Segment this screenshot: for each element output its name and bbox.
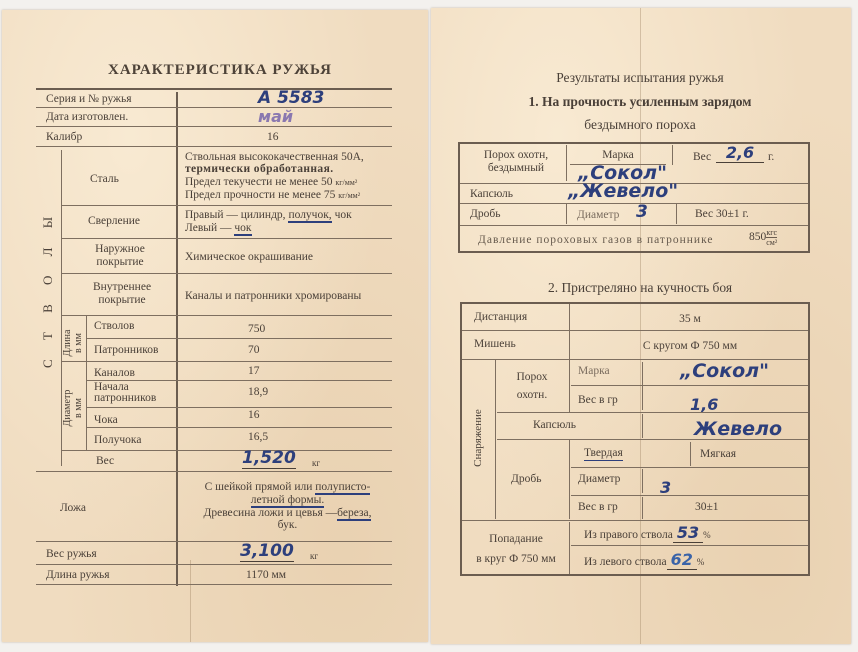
s2-shot-hard-option: Твердая xyxy=(584,447,623,461)
diameter-choke-label: Чока xyxy=(94,414,118,427)
caliber-label: Калибр xyxy=(46,131,82,144)
s2-shot-soft-option: Мягкая xyxy=(700,448,736,461)
outer-coating-label: Наружноепокрытие xyxy=(80,243,160,269)
steel-line-2: термически обработанная. xyxy=(185,163,333,176)
divider xyxy=(36,564,392,565)
section-1-title-line-2: бездымного пороха xyxy=(470,117,810,133)
diameter-chamber-start-value: 18,9 xyxy=(248,386,268,399)
diameter-bore-value: 17 xyxy=(248,365,260,378)
diameter-group-label: Диаметрв мм xyxy=(62,365,84,451)
divider xyxy=(497,412,808,413)
steel-line-3: Предел текучести не менее 50 кг/мм² xyxy=(185,176,357,189)
divider xyxy=(462,520,808,521)
s2-shot-weight-label: Вес в гр xyxy=(578,501,618,514)
table-border xyxy=(458,142,460,252)
shot-label: Дробь xyxy=(470,208,500,221)
length-chambers-label: Патронников xyxy=(94,344,158,357)
barrel-weight-value: 1,520 xyxy=(242,448,296,469)
page-fold xyxy=(190,560,191,642)
primer-value: „Жевело" xyxy=(568,180,678,202)
divider xyxy=(460,203,808,204)
s2-shot-weight-value: 30±1 xyxy=(695,501,719,514)
distance-label: Дистанция xyxy=(474,311,527,324)
powder-weight-unit: г. xyxy=(768,151,774,164)
column-divider xyxy=(566,145,567,181)
table-border xyxy=(808,142,810,252)
divider xyxy=(571,545,808,546)
s2-brand-value: „Сокол" xyxy=(680,360,769,382)
divider xyxy=(36,584,392,585)
inner-coating-value: Каналы и патронники хромированы xyxy=(185,290,361,303)
inner-coating-label: Внутреннеепокрытие xyxy=(82,281,162,307)
date-label: Дата изготовлен. xyxy=(46,111,128,124)
divider xyxy=(87,427,392,428)
s2-shot-label: Дробь xyxy=(511,473,541,486)
length-chambers-value: 70 xyxy=(248,344,260,357)
steel-label: Сталь xyxy=(90,173,119,186)
powder-weight-value: 2,6 xyxy=(716,143,764,163)
column-divider xyxy=(642,497,643,519)
divider xyxy=(36,146,392,147)
target-value: С кругом Ф 750 мм xyxy=(572,340,808,353)
table-border xyxy=(808,302,810,575)
subgroup-divider xyxy=(86,316,87,362)
shot-diameter-label: Диаметр xyxy=(577,209,619,222)
column-divider xyxy=(569,304,570,360)
distance-value: 35 м xyxy=(572,313,808,326)
stock-line-2: летной формы. xyxy=(180,494,395,507)
outer-coating-value: Химическое окрашивание xyxy=(185,251,313,264)
divider xyxy=(571,385,808,386)
divider xyxy=(36,541,392,542)
powder-brand-label: Марка xyxy=(568,149,668,162)
divider xyxy=(62,238,392,239)
diameter-bore-label: Каналов xyxy=(94,367,135,380)
hits-label: Попаданиев круг Ф 750 мм xyxy=(464,529,568,569)
divider xyxy=(87,338,392,339)
s2-shot-diameter-label: Диаметр xyxy=(578,473,620,486)
caliber-value: 16 xyxy=(267,131,279,144)
shot-diameter-value: 3 xyxy=(636,202,648,222)
boring-label: Сверление xyxy=(88,215,140,228)
gun-weight-value: 3,100 xyxy=(240,541,294,562)
gun-weight-unit: кг xyxy=(310,550,318,563)
divider xyxy=(462,330,808,331)
primer-label: Капсюль xyxy=(470,188,513,201)
left-barrel-hits: Из левого ствола62% xyxy=(584,553,704,569)
shot-weight: Вес 30±1 г. xyxy=(695,208,749,221)
powder-weight-label: Вес xyxy=(693,151,711,164)
boring-line-1: Правый — цилиндр, получок, чок xyxy=(185,209,352,222)
column-divider xyxy=(566,204,567,224)
pressure-label: Давление пороховых газов в патроннике xyxy=(478,234,713,247)
column-divider xyxy=(676,204,677,224)
s2-primer-value: Жевело xyxy=(694,418,782,440)
column-divider xyxy=(672,145,673,165)
gun-length-value: 1170 мм xyxy=(246,569,286,582)
gun-weight-label: Вес ружья xyxy=(46,548,97,561)
s2-powder-label: Порохохотн. xyxy=(498,368,566,404)
test-results-title: Результаты испытания ружья xyxy=(470,70,810,86)
divider xyxy=(36,471,392,472)
barrel-weight-label: Вес xyxy=(96,455,114,468)
gun-characteristics-title: ХАРАКТЕРИСТИКА РУЖЬЯ xyxy=(108,62,332,79)
right-barrel-hits: Из правого ствола53% xyxy=(584,526,711,542)
divider xyxy=(62,273,392,274)
section-1-title-line-1: 1. На прочность усиленным зарядом xyxy=(470,94,810,110)
pressure-value: 850кгссм² xyxy=(749,228,777,247)
divider xyxy=(62,450,392,451)
diameter-choke-value: 16 xyxy=(248,409,260,422)
length-barrels-label: Стволов xyxy=(94,320,134,333)
divider xyxy=(62,361,392,362)
diameter-half-choke-value: 16,5 xyxy=(248,431,268,444)
length-group-label: Длинав мм xyxy=(62,315,84,371)
divider xyxy=(460,225,808,226)
stock-line-4: бук. xyxy=(180,519,395,532)
divider xyxy=(571,495,808,496)
target-label: Мишень xyxy=(474,338,516,351)
section-2-title: 2. Пристреляно на кучность боя xyxy=(470,280,810,296)
table-border xyxy=(460,302,462,575)
date-stamp: май xyxy=(258,107,293,126)
column-divider xyxy=(176,92,178,586)
column-divider xyxy=(569,440,570,519)
divider xyxy=(36,107,392,108)
divider xyxy=(458,251,810,253)
s2-primer-label: Капсюль xyxy=(533,419,576,432)
stock-label: Ложа xyxy=(60,502,86,515)
diameter-half-choke-label: Получока xyxy=(94,434,141,447)
divider xyxy=(497,439,808,440)
s2-powder-weight-label: Вес в гр xyxy=(578,394,618,407)
loading-group-label: Снаряжение xyxy=(472,398,484,478)
column-divider xyxy=(569,522,570,574)
series-value: А 5583 xyxy=(258,88,324,108)
length-barrels-value: 750 xyxy=(248,323,265,336)
divider xyxy=(460,302,810,304)
boring-line-2: Левый — чок xyxy=(185,222,252,235)
divider xyxy=(36,88,392,90)
column-divider xyxy=(642,362,643,410)
subgroup-divider xyxy=(86,362,87,450)
column-divider xyxy=(642,469,643,493)
s2-brand-label: Марка xyxy=(578,365,610,378)
diameter-chamber-start-label: Началапатронников xyxy=(94,382,156,404)
divider xyxy=(62,205,392,206)
column-divider xyxy=(569,360,570,412)
divider xyxy=(36,126,392,127)
divider xyxy=(87,407,392,408)
divider xyxy=(87,380,392,381)
gun-length-label: Длина ружья xyxy=(46,569,110,582)
group-divider xyxy=(495,360,496,519)
steel-line-4: Предел прочности не менее 75 кг/мм² xyxy=(185,189,360,202)
divider xyxy=(571,467,808,468)
column-divider xyxy=(690,442,691,466)
powder-label: Порох охотн,бездымный xyxy=(466,149,566,175)
column-divider xyxy=(642,414,643,438)
divider xyxy=(460,574,810,576)
series-label: Серия и № ружья xyxy=(46,93,132,106)
barrel-weight-unit: кг xyxy=(312,457,320,470)
barrels-group-label: С Т В О Л Ы xyxy=(40,248,56,368)
stock-line-1: С шейкой прямой или полуписто- xyxy=(180,481,395,494)
divider xyxy=(62,315,392,316)
